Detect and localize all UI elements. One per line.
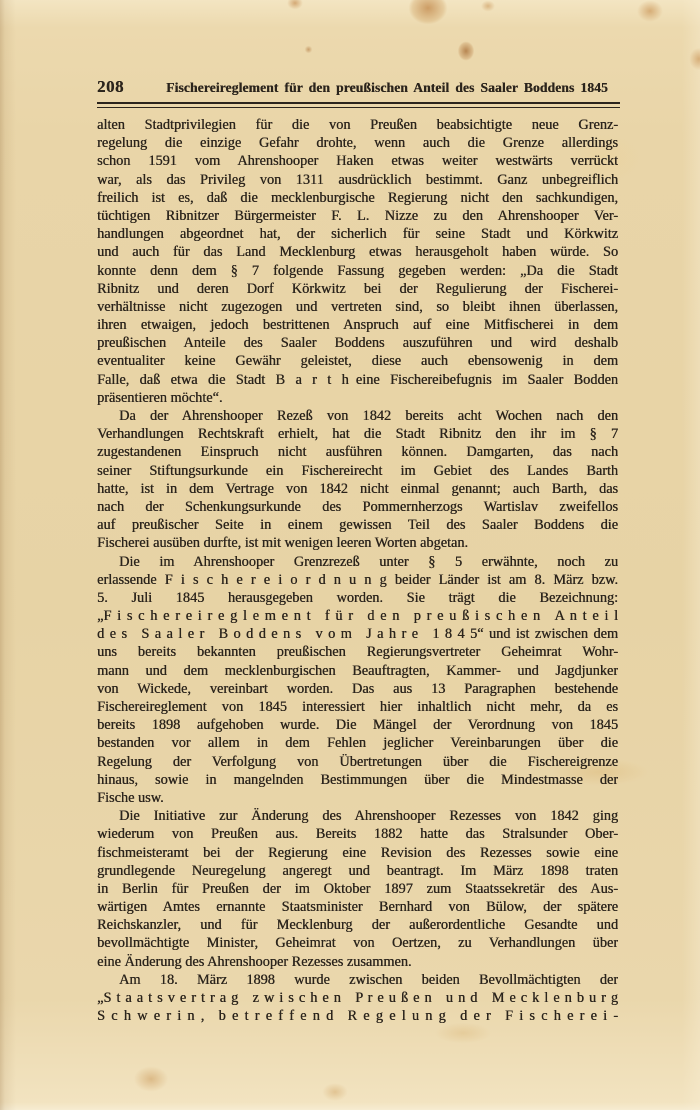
text-line: auf preußischer Seite in einem gewissen … xyxy=(97,516,618,534)
foxing-stain xyxy=(128,1062,174,1096)
text-line: ihren etwaigen, jedoch bestrittenen Ansp… xyxy=(97,316,618,334)
foxing-stain xyxy=(686,44,700,74)
text-line: Am 18. März 1898 wurde zwischen beiden B… xyxy=(97,971,618,989)
paragraph: Am 18. März 1898 wurde zwischen beiden B… xyxy=(97,971,618,1026)
text-line: alten Stadtprivilegien für die von Preuß… xyxy=(97,116,618,134)
text-line: konnte denn dem § 7 folgende Fassung geg… xyxy=(97,262,618,280)
text-line: war, als das Privileg von 1311 ausdrückl… xyxy=(97,171,618,189)
text-line: Die Initiative zur Änderung des Ahrensho… xyxy=(97,807,618,825)
text-line: Fischerei ausüben durfte, ist mit wenige… xyxy=(97,534,618,552)
text-line: handlungen abgeordnet hat, der sicherlic… xyxy=(97,225,618,243)
text-line: S c h w e r i n , b e t r e f f e n d R … xyxy=(97,1007,618,1025)
text-line: zugestandenen Einspruch nicht ausführen … xyxy=(97,443,618,461)
foxing-stain xyxy=(478,0,498,14)
text-line: und auch für das Land Mecklenburg etwas … xyxy=(97,243,618,261)
text-line: preußischen Anteile des Saaler Boddens a… xyxy=(97,334,618,352)
text-line: 5. Juli 1845 herausgegeben worden. Sie t… xyxy=(97,589,618,607)
text-line: bevollmächtigte Minister, Geheimrat von … xyxy=(97,934,618,952)
running-title: Fischereireglement für den preußischen A… xyxy=(124,80,620,96)
text-line: hatte, ist in dem Vertrage von 1842 nich… xyxy=(97,480,618,498)
header-double-rule xyxy=(97,102,620,108)
text-line: Die im Ahrenshooper Grenzrezeß unter § 5… xyxy=(97,553,618,571)
text-line: von Wickede, vereinbart worden. Das aus … xyxy=(97,680,618,698)
text-line: Regelung der Verfolgung von Übertretunge… xyxy=(97,753,618,771)
text-line: d e s S a a l e r B o d d e n s v o m J … xyxy=(97,625,618,643)
scanned-book-page: 208 Fischereireglement für den preußisch… xyxy=(0,0,700,1110)
paragraph: Da der Ahrenshooper Rezeß von 1842 berei… xyxy=(97,407,618,553)
text-line: „S t a a t s v e r t r a g z w i s c h e… xyxy=(97,989,618,1007)
text-block: alten Stadtprivilegien für die von Preuß… xyxy=(97,116,618,1025)
text-line: Reichskanzler, und für Mecklenburg der a… xyxy=(97,916,618,934)
text-line: Ribnitz und deren Dorf Körkwitz bei der … xyxy=(97,280,618,298)
text-line: eine Änderung des Ahrenshooper Rezesses … xyxy=(97,953,618,971)
text-line: verhältnisse nicht zugezogen und vertret… xyxy=(97,298,618,316)
text-line: schon 1591 vom Ahrenshooper Haken etwas … xyxy=(97,152,618,170)
text-line: uns bereits bekannten preußischen Regier… xyxy=(97,643,618,661)
foxing-stain xyxy=(318,1080,352,1104)
paragraph: Die im Ahrenshooper Grenzrezeß unter § 5… xyxy=(97,553,618,808)
paragraph: Die Initiative zur Änderung des Ahrensho… xyxy=(97,807,618,971)
text-line: fischmeisteramt bei der Regierung eine R… xyxy=(97,844,618,862)
foxing-stain xyxy=(402,0,454,30)
text-line: bestanden vor allem in dem Fehlen jeglic… xyxy=(97,734,618,752)
foxing-stain xyxy=(303,44,314,55)
text-line: Fischereireglement von 1845 interessiert… xyxy=(97,698,618,716)
text-line: seiner Stiftungsurkunde ein Fischereirec… xyxy=(97,462,618,480)
text-line: Da der Ahrenshooper Rezeß von 1842 berei… xyxy=(97,407,618,425)
text-line: hinaus, sowie in mangelnden Bestimmungen… xyxy=(97,771,618,789)
foxing-stain xyxy=(455,38,477,64)
text-line: wärtigen Amtes ernannte Staatsminister B… xyxy=(97,898,618,916)
text-line: „F i s c h e r e i r e g l e m e n t f ü… xyxy=(97,607,618,625)
text-line: bereits 1898 aufgehoben wurde. Die Mänge… xyxy=(97,716,618,734)
foxing-stain xyxy=(284,0,306,12)
text-line: wiederum von Preußen aus. Bereits 1882 h… xyxy=(97,825,618,843)
paragraph: alten Stadtprivilegien für die von Preuß… xyxy=(97,116,618,407)
text-line: nach der Schenkungsurkunde des Pommernhe… xyxy=(97,498,618,516)
text-line: regelung die einzige Gefahr drohte, wenn… xyxy=(97,134,618,152)
page-header: 208 Fischereireglement für den preußisch… xyxy=(97,77,620,97)
text-line: Fische usw. xyxy=(97,789,618,807)
foxing-stain xyxy=(632,0,668,26)
text-line: erlassende F i s c h e r e i o r d n u n… xyxy=(97,571,618,589)
page-number: 208 xyxy=(97,77,124,97)
text-line: Verhandlungen Rechtskraft erhielt, hat d… xyxy=(97,425,618,443)
text-line: in Berlin für Preußen der im Oktober 189… xyxy=(97,880,618,898)
text-line: eventualiter keine Gewähr geleistet, die… xyxy=(97,352,618,370)
text-line: tüchtigen Ribnitzer Bürgermeister F. L. … xyxy=(97,207,618,225)
text-line: Falle, daß etwa die Stadt B a r t h eine… xyxy=(97,371,618,389)
text-line: präsentieren möchte“. xyxy=(97,389,618,407)
text-line: freilich ist es, daß die mecklenburgisch… xyxy=(97,189,618,207)
text-line: grundlegende Neuregelung angeregt und be… xyxy=(97,862,618,880)
text-line: mann und dem mecklenburgischen Beauftrag… xyxy=(97,662,618,680)
